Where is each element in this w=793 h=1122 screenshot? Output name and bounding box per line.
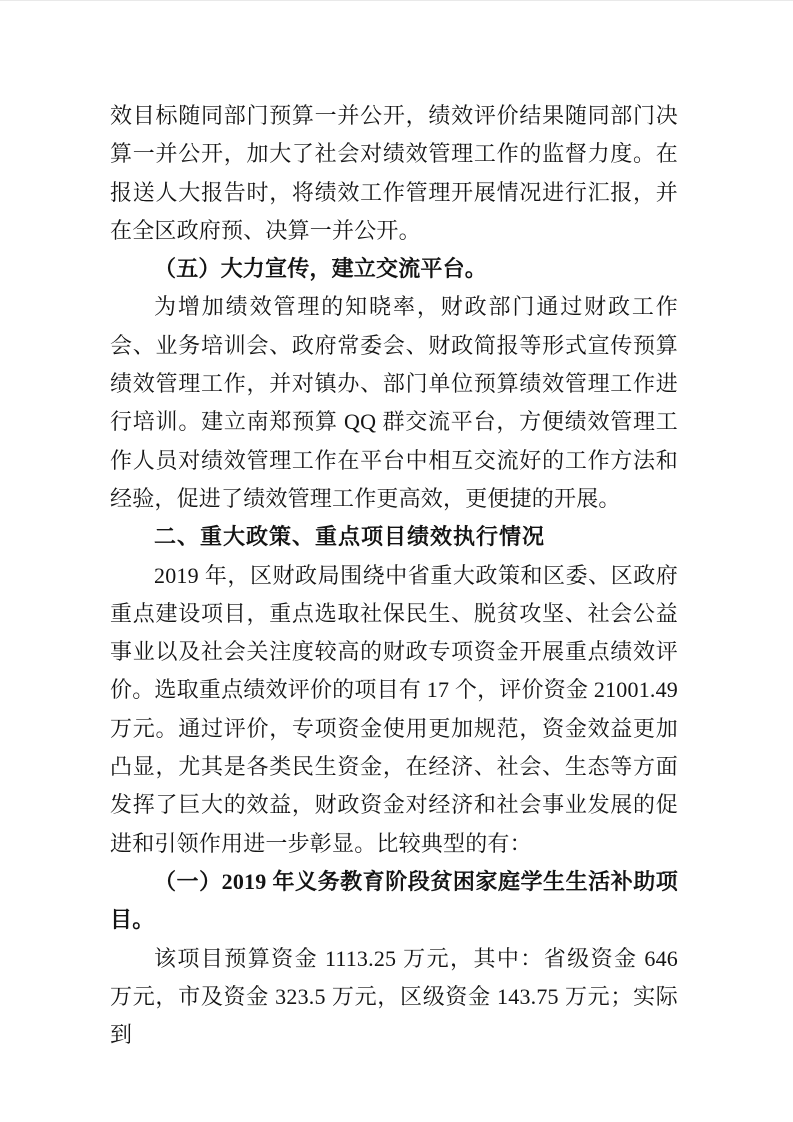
sub-heading: （一）2019 年义务教育阶段贫困家庭学生生活补助项目。 <box>110 863 678 940</box>
body-paragraph: 2019 年，区财政局围绕中省重大政策和区委、区政府重点建设项目，重点选取社保民… <box>110 557 678 863</box>
sub-heading: （五）大力宣传，建立交流平台。 <box>110 250 678 288</box>
document-content: 效目标随同部门预算一并公开，绩效评价结果随同部门决算一并公开，加大了社会对绩效管… <box>110 97 678 1054</box>
body-paragraph: 效目标随同部门预算一并公开，绩效评价结果随同部门决算一并公开，加大了社会对绩效管… <box>110 97 678 250</box>
body-paragraph: 为增加绩效管理的知晓率，财政部门通过财政工作会、业务培训会、政府常委会、财政简报… <box>110 288 678 518</box>
document-page: 效目标随同部门预算一并公开，绩效评价结果随同部门决算一并公开，加大了社会对绩效管… <box>0 0 793 1122</box>
section-heading: 二、重大政策、重点项目绩效执行情况 <box>110 518 678 556</box>
body-paragraph: 该项目预算资金 1113.25 万元，其中：省级资金 646 万元，市及资金 3… <box>110 940 678 1055</box>
